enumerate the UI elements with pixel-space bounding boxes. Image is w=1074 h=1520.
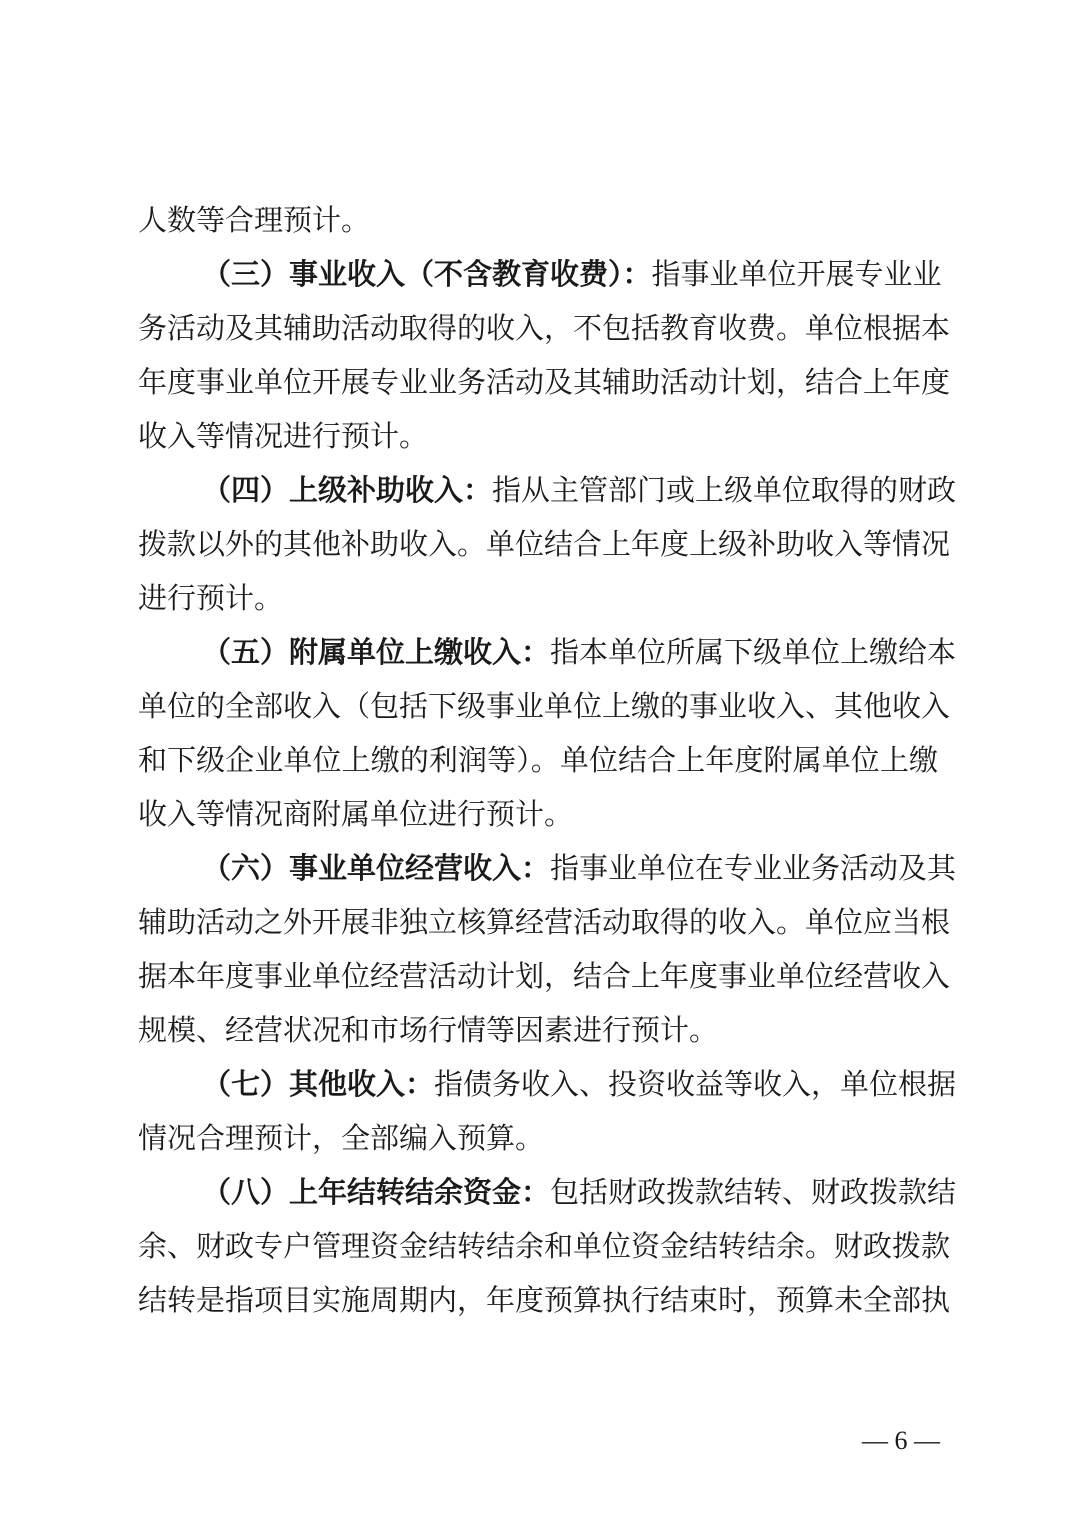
document-page: 人数等合理预计。 （三）事业收入（不含教育收费）：指事业单位开展专业业 务活动及… bbox=[0, 0, 1074, 1520]
line-text: 规模、经营状况和市场行情等因素进行预计。 bbox=[138, 1013, 718, 1047]
line-text: 收入等情况商附属单位进行预计。 bbox=[138, 797, 573, 831]
paragraph-line: 结转是指项目实施周期内，年度预算执行结束时，预算未全部执 bbox=[138, 1280, 938, 1320]
paragraph-line: 单位的全部收入（包括下级事业单位上缴的事业收入、其他收入 bbox=[138, 686, 938, 726]
line-text: 务活动及其辅助活动取得的收入，不包括教育收费。单位根据本 bbox=[138, 311, 950, 345]
paragraph-line: 规模、经营状况和市场行情等因素进行预计。 bbox=[138, 1010, 938, 1050]
page-number: — 6 — bbox=[860, 1426, 940, 1456]
line-text: 指从主管部门或上级单位取得的财政 bbox=[492, 473, 956, 507]
paragraph-line: 情况合理预计，全部编入预算。 bbox=[138, 1118, 938, 1158]
line-text: 辅助活动之外开展非独立核算经营活动取得的收入。单位应当根 bbox=[138, 905, 950, 939]
section-heading-line: （八）上年结转结余资金：包括财政拨款结转、财政拨款结 bbox=[202, 1172, 938, 1212]
section-heading-line: （五）附属单位上缴收入：指本单位所属下级单位上缴给本 bbox=[202, 632, 938, 672]
paragraph-line: 和下级企业单位上缴的利润等）。单位结合上年度附属单位上缴 bbox=[138, 740, 938, 780]
paragraph-line: 据本年度事业单位经营活动计划，结合上年度事业单位经营收入 bbox=[138, 956, 938, 996]
section-heading-6: （六）事业单位经营收入： bbox=[202, 851, 550, 885]
line-text: 指事业单位在专业业务活动及其 bbox=[550, 851, 956, 885]
line-text: 情况合理预计，全部编入预算。 bbox=[138, 1121, 544, 1155]
line-text: 人数等合理预计。 bbox=[138, 203, 370, 237]
line-text: 余、财政专户管理资金结转结余和单位资金结转结余。财政拨款 bbox=[138, 1229, 950, 1263]
line-text: 据本年度事业单位经营活动计划，结合上年度事业单位经营收入 bbox=[138, 959, 950, 993]
line-text: 年度事业单位开展专业业务活动及其辅助活动计划，结合上年度 bbox=[138, 365, 950, 399]
section-heading-3: （三）事业收入（不含教育收费）： bbox=[202, 257, 652, 291]
line-text: 指本单位所属下级单位上缴给本 bbox=[550, 635, 956, 669]
paragraph-line: 进行预计。 bbox=[138, 578, 938, 618]
section-heading-line: （六）事业单位经营收入：指事业单位在专业业务活动及其 bbox=[202, 848, 938, 888]
paragraph-line: 人数等合理预计。 bbox=[138, 200, 938, 240]
section-heading-line: （七）其他收入：指债务收入、投资收益等收入，单位根据 bbox=[202, 1064, 938, 1104]
line-text: 单位的全部收入（包括下级事业单位上缴的事业收入、其他收入 bbox=[138, 689, 950, 723]
section-heading-line: （三）事业收入（不含教育收费）：指事业单位开展专业业 bbox=[202, 254, 938, 294]
paragraph-line: 辅助活动之外开展非独立核算经营活动取得的收入。单位应当根 bbox=[138, 902, 938, 942]
line-text: 结转是指项目实施周期内，年度预算执行结束时，预算未全部执 bbox=[138, 1283, 950, 1317]
section-heading-5: （五）附属单位上缴收入： bbox=[202, 635, 550, 669]
line-text: 指债务收入、投资收益等收入，单位根据 bbox=[434, 1067, 956, 1101]
line-text: 进行预计。 bbox=[138, 581, 283, 615]
paragraph-line: 收入等情况进行预计。 bbox=[138, 416, 938, 456]
paragraph-line: 拨款以外的其他补助收入。单位结合上年度上级补助收入等情况 bbox=[138, 524, 938, 564]
section-heading-7: （七）其他收入： bbox=[202, 1067, 434, 1101]
line-text: 包括财政拨款结转、财政拨款结 bbox=[550, 1175, 956, 1209]
line-text: 指事业单位开展专业业 bbox=[652, 257, 942, 291]
paragraph-line: 年度事业单位开展专业业务活动及其辅助活动计划，结合上年度 bbox=[138, 362, 938, 402]
paragraph-line: 收入等情况商附属单位进行预计。 bbox=[138, 794, 938, 834]
line-text: 和下级企业单位上缴的利润等）。单位结合上年度附属单位上缴 bbox=[138, 743, 938, 777]
line-text: 收入等情况进行预计。 bbox=[138, 419, 428, 453]
paragraph-line: 务活动及其辅助活动取得的收入，不包括教育收费。单位根据本 bbox=[138, 308, 938, 348]
section-heading-8: （八）上年结转结余资金： bbox=[202, 1175, 550, 1209]
line-text: 拨款以外的其他补助收入。单位结合上年度上级补助收入等情况 bbox=[138, 527, 950, 561]
section-heading-4: （四）上级补助收入： bbox=[202, 473, 492, 507]
section-heading-line: （四）上级补助收入：指从主管部门或上级单位取得的财政 bbox=[202, 470, 938, 510]
paragraph-line: 余、财政专户管理资金结转结余和单位资金结转结余。财政拨款 bbox=[138, 1226, 938, 1266]
